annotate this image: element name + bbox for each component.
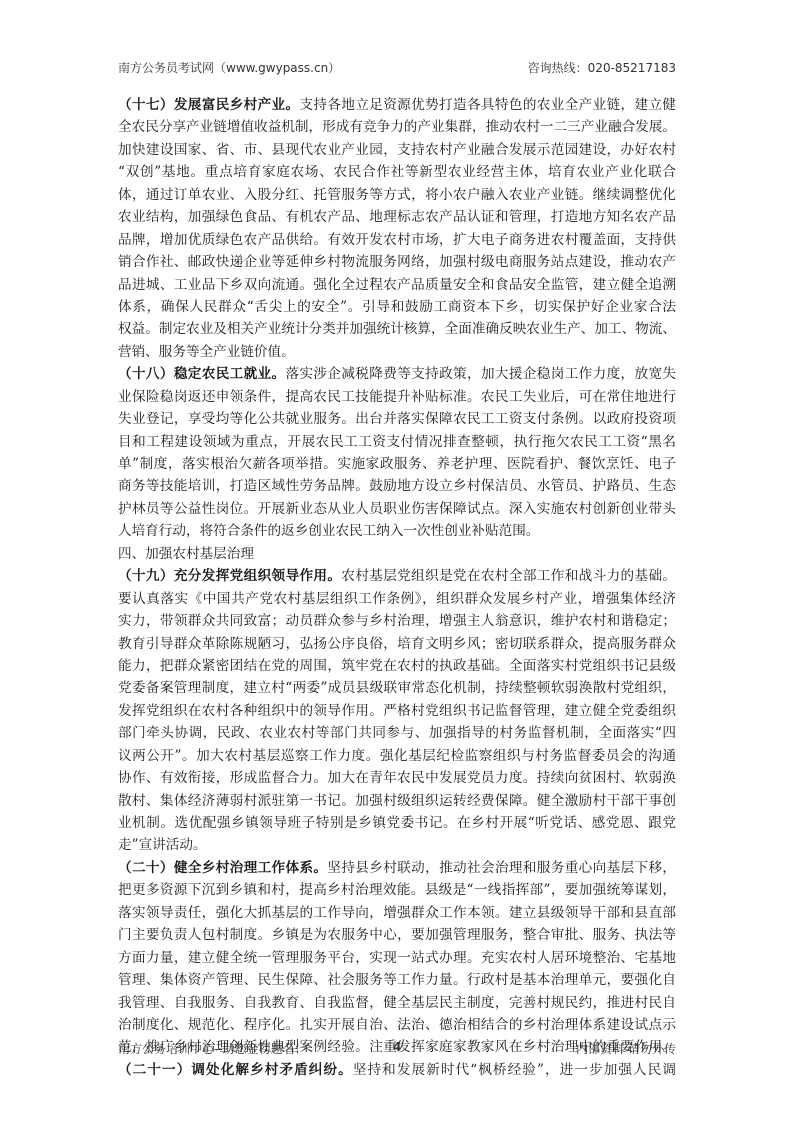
footer-confidential-note: 内部资料 请勿外传: [576, 1040, 676, 1057]
paragraph-18: （十八）稳定农民工就业。落实涉企减税降费等支持政策，加大援企稳岗工作力度，放宽失…: [118, 363, 676, 543]
document-body: （十七）发展富民乡村产业。支持各地立足资源优势打造各具特色的农业全产业链，建立健…: [118, 94, 676, 1081]
page-number: 4: [393, 1040, 401, 1054]
paragraph-17: （十七）发展富民乡村产业。支持各地立足资源优势打造各具特色的农业全产业链，建立健…: [118, 94, 676, 363]
paragraph-19: （十九）充分发挥党组织领导作用。农村基层党组织是党在农村全部工作和战斗力的基础。…: [118, 565, 676, 857]
paragraph-heading: （十九）充分发挥党组织领导作用。: [118, 568, 341, 584]
page-header: 南方公务员考试网（www.gwypass.cn） 咨询热线：020-852171…: [118, 59, 676, 75]
paragraph-heading: （二十）健全乡村治理工作体系。: [118, 860, 327, 876]
section-heading-4: 四、加强农村基层治理: [118, 543, 676, 565]
page-footer: 南方公务培训中心--助您金榜题名！ 4 内部资料 请勿外传: [118, 1040, 676, 1056]
header-hotline: 咨询热线：020-85217183: [528, 59, 676, 76]
paragraph-heading: （十七）发展富民乡村产业。: [118, 97, 299, 113]
paragraph-21: （二十一）调处化解乡村矛盾纠纷。坚持和发展新时代“枫桥经验”，进一步加强人民调: [118, 1059, 676, 1081]
footer-slogan: 南方公务培训中心--助您金榜题名！: [118, 1040, 307, 1057]
section-title: 四、加强农村基层治理: [118, 543, 676, 565]
paragraph-heading: （十八）稳定农民工就业。: [118, 366, 286, 382]
paragraph-20: （二十）健全乡村治理工作体系。坚持县乡村联动，推动社会治理和服务重心向基层下移，…: [118, 857, 676, 1059]
paragraph-heading: （二十一）调处化解乡村矛盾纠纷。: [118, 1062, 353, 1078]
header-site-name: 南方公务员考试网（www.gwypass.cn）: [118, 59, 340, 76]
